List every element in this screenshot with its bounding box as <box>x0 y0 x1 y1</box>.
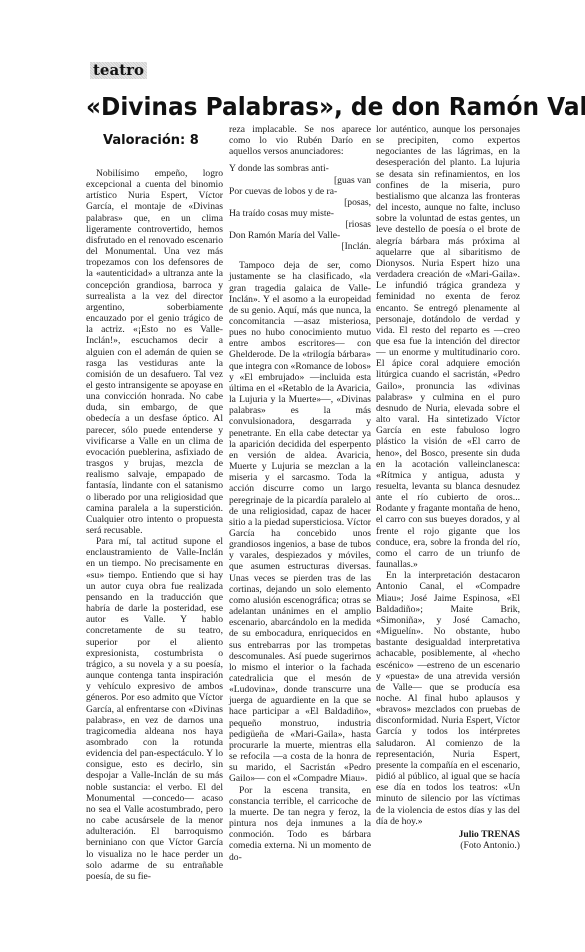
paragraph: reza implacable. Se nos aparece como lo … <box>229 124 371 157</box>
verse-line: Ha traído cosas muy miste- <box>229 208 371 219</box>
article-headline: «Divinas Palabras», de don Ramón Valle-I… <box>86 92 523 122</box>
section-label: teatro <box>90 62 147 79</box>
paragraph: Tampoco deja de ser, como justamente se … <box>229 260 371 784</box>
paragraph: Para mí, tal actitud supone el enclaustr… <box>86 536 223 882</box>
newspaper-page: teatro «Divinas Palabras», de don Ramón … <box>0 0 585 952</box>
rating-label: Valoración: 8 <box>103 133 199 148</box>
verse-line: Don Ramón María del Valle- <box>229 230 371 241</box>
byline: Julio TRENAS (Foto Antonio.) <box>376 829 520 851</box>
verse-line: Y donde las sombras anti- <box>229 163 371 174</box>
photo-credit: (Foto Antonio.) <box>376 840 520 851</box>
verse-line: Por cuevas de lobos y de ra- <box>229 186 371 197</box>
author-name: Julio TRENAS <box>459 829 520 840</box>
paragraph: lor auténtico, aunque los personajes se … <box>376 124 520 570</box>
verse-line-continuation: [guas van <box>229 175 371 186</box>
paragraph: Por la escena transita, en constancia te… <box>229 785 371 863</box>
article-column-2: reza implacable. Se nos aparece como lo … <box>229 124 371 863</box>
verse-line-continuation: [Inclán. <box>229 241 371 252</box>
poem-quote: Y donde las sombras anti- [guas van Por … <box>229 163 371 252</box>
article-column-1: Nobilísimo empeño, logro excepcional a c… <box>86 168 223 882</box>
verse-line-continuation: [riosas <box>229 219 371 230</box>
article-column-3: lor auténtico, aunque los personajes se … <box>376 124 520 851</box>
paragraph: Nobilísimo empeño, logro excepcional a c… <box>86 168 223 536</box>
verse-line-continuation: [posas, <box>229 197 371 208</box>
paragraph: En la interpretación destacaron Antonio … <box>376 570 520 827</box>
